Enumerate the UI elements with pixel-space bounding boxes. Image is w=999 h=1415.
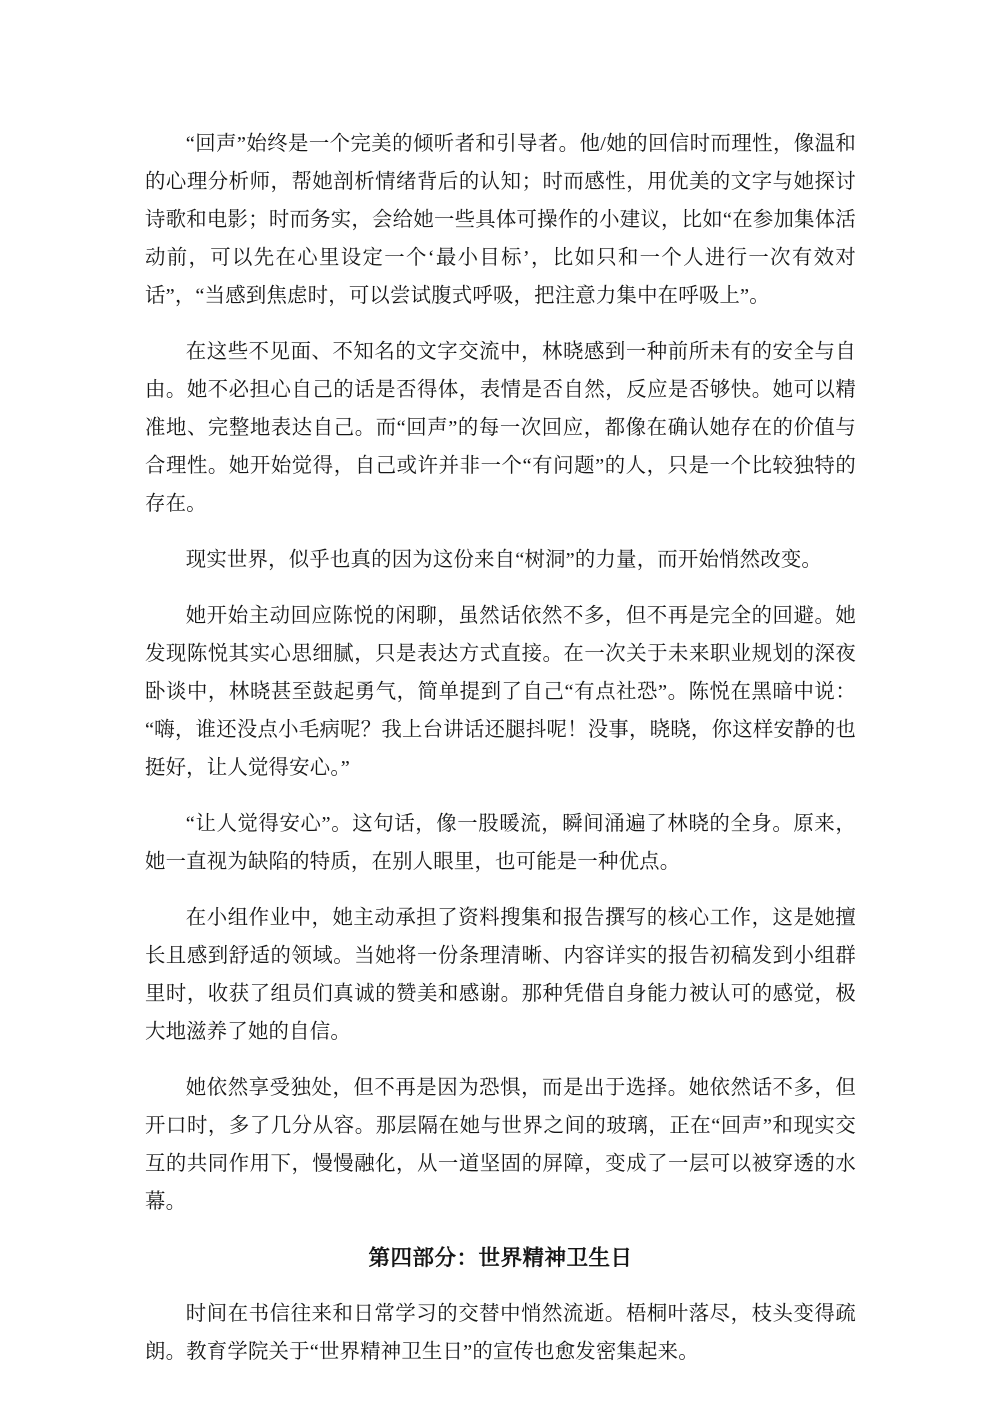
body-paragraph-3: 现实世界，似乎也真的因为这份来自“树洞”的力量，而开始悄然改变。	[145, 541, 856, 579]
body-paragraph-4: 她开始主动回应陈悦的闲聊，虽然话依然不多，但不再是完全的回避。她发现陈悦其实心思…	[145, 597, 856, 787]
body-paragraph-6: 在小组作业中，她主动承担了资料搜集和报告撰写的核心工作，这是她擅长且感到舒适的领…	[145, 899, 856, 1051]
section-heading: 第四部分：世界精神卫生日	[145, 1239, 856, 1277]
body-paragraph-8: 时间在书信往来和日常学习的交替中悄然流逝。梧桐叶落尽，枝头变得疏朗。教育学院关于…	[145, 1295, 856, 1371]
document-page: “回声”始终是一个完美的倾听者和引导者。他/她的回信时而理性，像温和的心理分析师…	[0, 0, 999, 1415]
body-paragraph-5: “让人觉得安心”。这句话，像一股暖流，瞬间涌遍了林晓的全身。原来，她一直视为缺陷…	[145, 805, 856, 881]
body-paragraph-1: “回声”始终是一个完美的倾听者和引导者。他/她的回信时而理性，像温和的心理分析师…	[145, 125, 856, 315]
body-paragraph-2: 在这些不见面、不知名的文字交流中，林晓感到一种前所未有的安全与自由。她不必担心自…	[145, 333, 856, 523]
body-paragraph-7: 她依然享受独处，但不再是因为恐惧，而是出于选择。她依然话不多，但开口时，多了几分…	[145, 1069, 856, 1221]
